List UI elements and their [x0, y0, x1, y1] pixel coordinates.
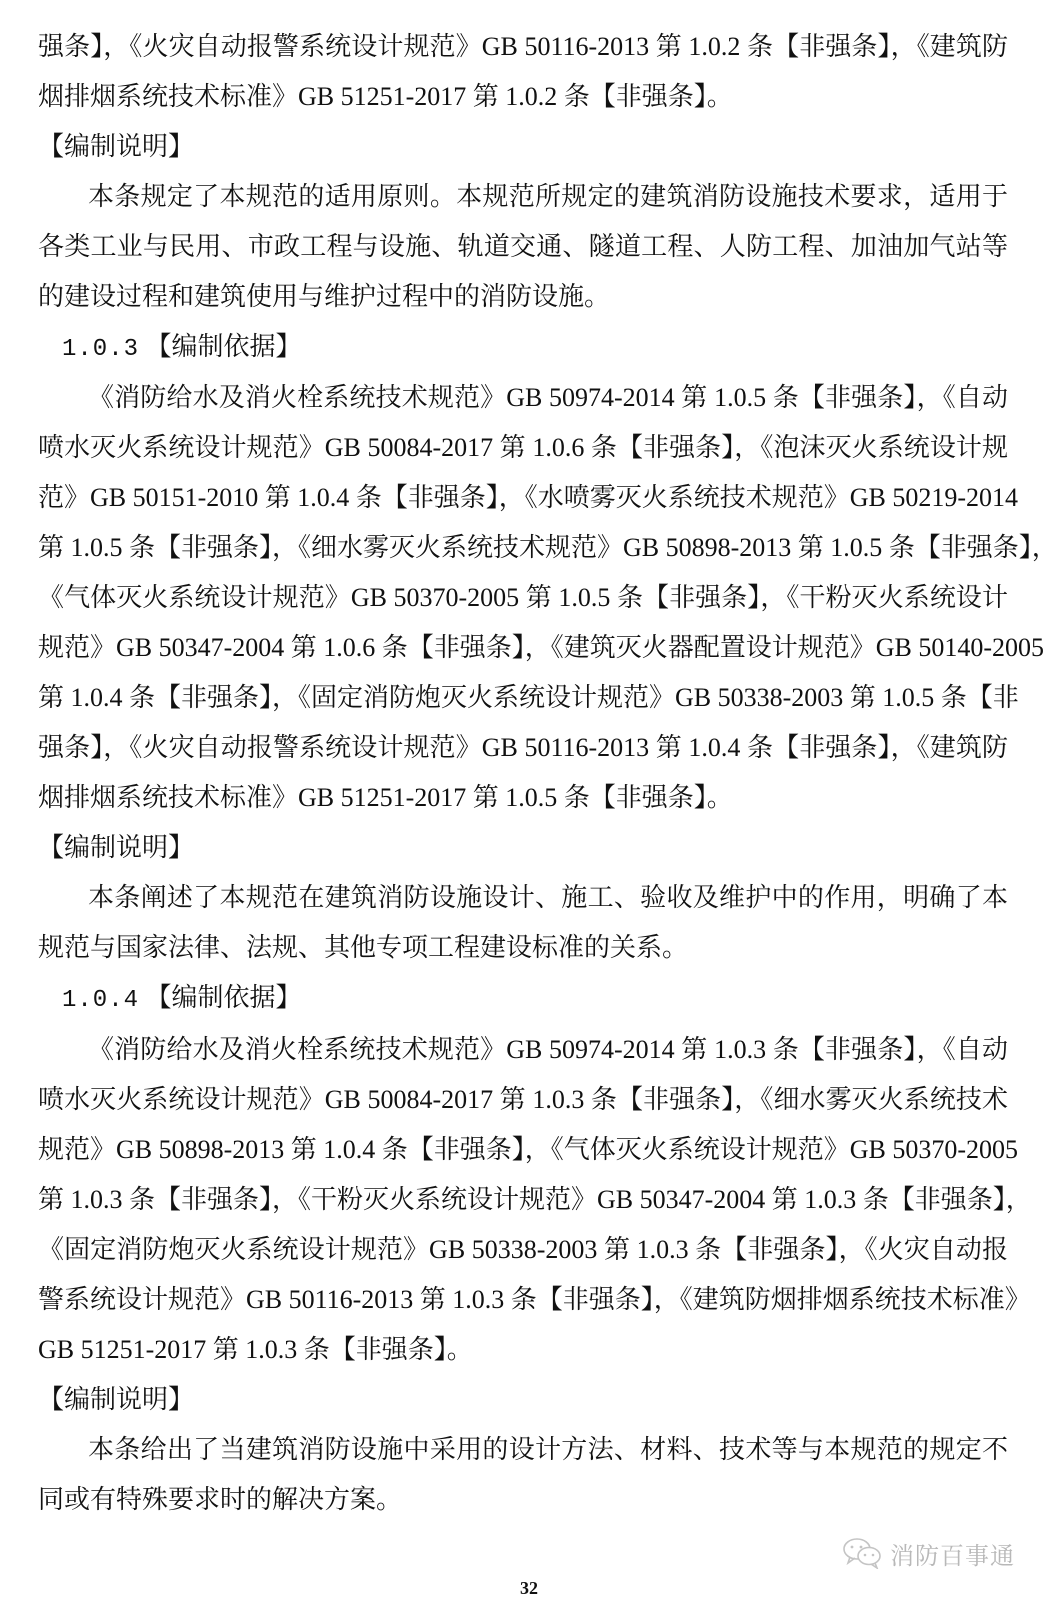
text-line: 范》GB 50151-2010 第 1.0.4 条【非强条】，《水喷雾灭火系统技… [38, 478, 1008, 518]
text-line: 《固定消防炮灭火系统设计规范》GB 50338-2003 第 1.0.3 条【非… [38, 1230, 1008, 1270]
section-heading: 【编制说明】 [38, 828, 1008, 868]
text-line: 强条】，《火灾自动报警系统设计规范》GB 50116-2013 第 1.0.4 … [38, 728, 1008, 768]
text-line: 《消防给水及消火栓系统技术规范》GB 50974-2014 第 1.0.5 条【… [88, 378, 1008, 418]
text-line: 本条规定了本规范的适用原则。本规范所规定的建筑消防设施技术要求，适用于 [88, 177, 1008, 217]
clause-heading-1-0-3: 1.0.3 【编制依据】 [62, 327, 1008, 367]
text-line: 本条给出了当建筑消防设施中采用的设计方法、材料、技术等与本规范的规定不 [88, 1430, 1008, 1470]
text-line: 喷水灭火系统设计规范》GB 50084-2017 第 1.0.3 条【非强条】，… [38, 1080, 1008, 1120]
text-line: 烟排烟系统技术标准》GB 51251-2017 第 1.0.2 条【非强条】。 [38, 77, 1008, 117]
text-line: 的建设过程和建筑使用与维护过程中的消防设施。 [38, 277, 1008, 317]
text-line: 各类工业与民用、市政工程与设施、轨道交通、隧道工程、人防工程、加油加气站等 [38, 227, 1008, 267]
page-number: 32 [0, 1578, 1058, 1599]
text-line: 烟排烟系统技术标准》GB 51251-2017 第 1.0.5 条【非强条】。 [38, 778, 1008, 818]
watermark-text: 消防百事通 [890, 1536, 1015, 1571]
section-heading: 【编制说明】 [38, 127, 1008, 167]
watermark: 消防百事通 [842, 1535, 1015, 1571]
text-line: 强条】，《火灾自动报警系统设计规范》GB 50116-2013 第 1.0.2 … [38, 27, 1008, 67]
text-line: 规范》GB 50347-2004 第 1.0.6 条【非强条】，《建筑灭火器配置… [38, 628, 1008, 668]
text-line: 第 1.0.3 条【非强条】，《干粉灭火系统设计规范》GB 50347-2004… [38, 1180, 1008, 1220]
clause-number: 1.0.4 [62, 987, 139, 1014]
clause-number: 1.0.3 [62, 336, 139, 363]
text-line: 第 1.0.5 条【非强条】，《细水雾灭火系统技术规范》GB 50898-201… [38, 528, 1008, 568]
text-line: 同或有特殊要求时的解决方案。 [38, 1480, 1008, 1520]
clause-heading-label: 【编制依据】 [146, 983, 302, 1012]
document-page: 强条】，《火灾自动报警系统设计规范》GB 50116-2013 第 1.0.2 … [0, 0, 1058, 1600]
text-line: 《气体灭火系统设计规范》GB 50370-2005 第 1.0.5 条【非强条】… [38, 578, 1008, 618]
text-line: GB 51251-2017 第 1.0.3 条【非强条】。 [38, 1330, 1008, 1370]
text-line: 警系统设计规范》GB 50116-2013 第 1.0.3 条【非强条】，《建筑… [38, 1280, 1008, 1320]
text-line: 规范与国家法律、法规、其他专项工程建设标准的关系。 [38, 928, 1008, 968]
clause-heading-1-0-4: 1.0.4 【编制依据】 [62, 978, 1008, 1018]
text-line: 本条阐述了本规范在建筑消防设施设计、施工、验收及维护中的作用，明确了本 [88, 878, 1008, 918]
text-line: 第 1.0.4 条【非强条】，《固定消防炮灭火系统设计规范》GB 50338-2… [38, 678, 1008, 718]
wechat-icon [842, 1537, 884, 1569]
clause-heading-label: 【编制依据】 [146, 332, 302, 361]
text-line: 规范》GB 50898-2013 第 1.0.4 条【非强条】，《气体灭火系统设… [38, 1130, 1008, 1170]
text-line: 喷水灭火系统设计规范》GB 50084-2017 第 1.0.6 条【非强条】，… [38, 428, 1008, 468]
text-line: 《消防给水及消火栓系统技术规范》GB 50974-2014 第 1.0.3 条【… [88, 1030, 1008, 1070]
section-heading: 【编制说明】 [38, 1380, 1008, 1420]
